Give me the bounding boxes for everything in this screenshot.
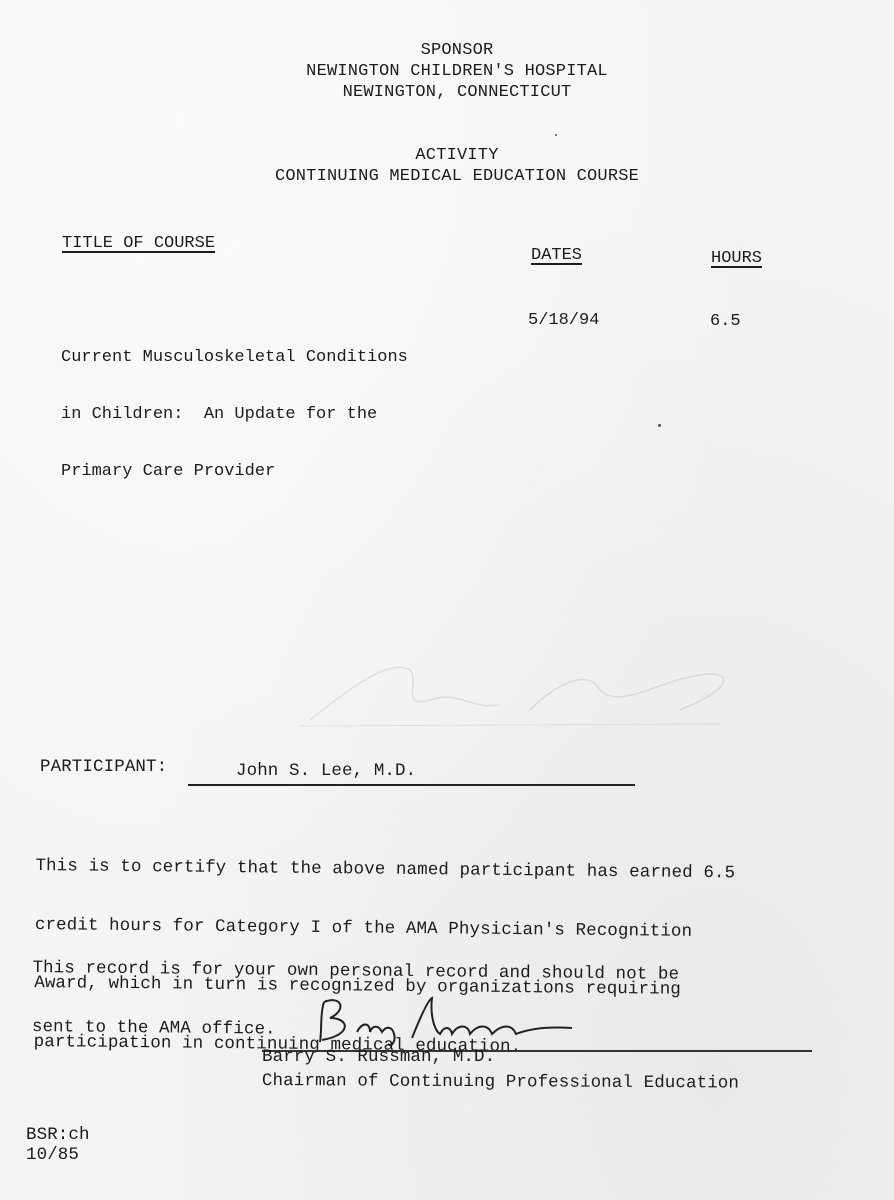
course-dates: 5/18/94 bbox=[528, 311, 599, 330]
activity-type: CONTINUING MEDICAL EDUCATION COURSE bbox=[20, 166, 894, 187]
participant-label: PARTICIPANT: bbox=[40, 758, 167, 778]
header-dates: DATES bbox=[531, 246, 582, 265]
bleed-through-signature bbox=[300, 640, 750, 730]
certification-line: This is to certify that the above named … bbox=[35, 857, 735, 884]
activity-block: ACTIVITY CONTINUING MEDICAL EDUCATION CO… bbox=[20, 145, 894, 187]
header-title-of-course: TITLE OF COURSE bbox=[62, 234, 215, 253]
footer-form-date: 10/85 bbox=[26, 1146, 79, 1166]
sponsor-block: SPONSOR NEWINGTON CHILDREN'S HOSPITAL NE… bbox=[20, 40, 894, 103]
course-hours: 6.5 bbox=[710, 312, 741, 331]
paper-speck bbox=[555, 134, 557, 136]
sponsor-location: NEWINGTON, CONNECTICUT bbox=[20, 82, 894, 103]
sponsor-name: NEWINGTON CHILDREN'S HOSPITAL bbox=[20, 61, 894, 82]
paper-speck bbox=[658, 424, 661, 427]
course-title-line: Current Musculoskeletal Conditions bbox=[61, 348, 408, 367]
sponsor-heading: SPONSOR bbox=[20, 40, 894, 61]
signatory-name: Barry S. Russman, M.D. bbox=[262, 1048, 495, 1068]
course-title: Current Musculoskeletal Conditions in Ch… bbox=[61, 310, 408, 500]
header-hours: HOURS bbox=[711, 249, 762, 268]
handwritten-signature bbox=[312, 990, 592, 1050]
participant-name: John S. Lee, M.D. bbox=[236, 762, 416, 782]
participant-underline bbox=[188, 784, 635, 786]
activity-heading: ACTIVITY bbox=[20, 145, 894, 166]
notice-line: This record is for your own personal rec… bbox=[32, 959, 679, 985]
signatory-title: Chairman of Continuing Professional Educ… bbox=[262, 1072, 739, 1094]
course-title-line: Primary Care Provider bbox=[61, 462, 408, 481]
footer-initials: BSR:ch bbox=[26, 1126, 90, 1146]
course-title-line: in Children: An Update for the bbox=[61, 405, 408, 424]
